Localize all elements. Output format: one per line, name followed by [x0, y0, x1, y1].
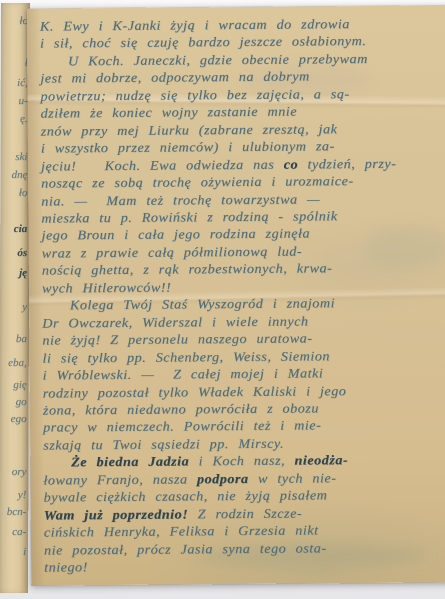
word-run: rodziny pozostał tylko Władek Kaliski i … — [43, 383, 347, 400]
letter-text: K. Ewy i K-Janki żyją i wracam do zdrowi… — [40, 14, 445, 583]
emphasized-word: nieodża- — [294, 453, 348, 468]
word-run: li się tylko pp. Schenberg, Weiss, Siemi… — [42, 348, 330, 365]
word-run: wraz z prawie całą półmilionową lud- — [42, 243, 303, 260]
word-run: wych Hitlerowców!! — [42, 279, 171, 295]
word-run: tniego! — [44, 559, 88, 574]
fragment-word: ski — [15, 151, 27, 163]
letter-line: jęciu! Koch. Ewa odwiedza nas co tydzień… — [41, 154, 445, 175]
fragment-word: bcn- — [7, 506, 27, 518]
word-run: Dr Owczarek, Widerszal i wiele innych — [42, 313, 308, 330]
word-run: i Koch nasz, — [189, 453, 294, 469]
fragment-word: ory — [12, 466, 27, 478]
word-run: mieszka tu p. Rowiński z rodziną - spóln… — [41, 208, 337, 225]
fragment-word: ego — [11, 413, 27, 425]
word-run: K. Ewy i K-Janki żyją i wracam do zdrowi… — [40, 16, 350, 33]
fragment-word: y — [22, 301, 27, 313]
word-run: żona, która niedawno powróciła z obozu — [43, 400, 319, 417]
word-run: pracy w niemczech. Powrócili też i mie- — [43, 418, 321, 435]
word-run: znów przy mej Liurku (zabrane zresztą, j… — [41, 121, 338, 138]
fragment-word: ić, — [17, 77, 28, 89]
word-run: nosząc ze sobą trochę ożywienia i urozma… — [41, 173, 354, 190]
fragment-word: ję — [19, 267, 27, 279]
word-run: jego Broun i cała jego rodzina zginęła — [41, 226, 310, 243]
fragment-word: gię — [13, 379, 26, 391]
letter-line: tniego! — [44, 555, 445, 576]
fragment-word: ós — [17, 247, 27, 259]
word-run: nie pozostał, prócz Jasia syna tego osta… — [44, 540, 327, 557]
fragment-word: u- — [18, 95, 27, 107]
word-run: jest mi dobrze, odpoczywam na dobrym — [40, 69, 310, 86]
fragment-word: eba, — [8, 357, 27, 369]
scanned-letter-background: łołić,u-ę.skidnęłociaósjęybaeba,gięgoego… — [0, 0, 445, 599]
word-run: cińskich Henryka, Feliksa i Grzesia nikt — [44, 523, 319, 540]
word-run: U Koch. Janeczki, gdzie obecnie przebywa… — [68, 51, 368, 68]
word-run: bywale ciężkich czasach, nie żyją pisałe… — [44, 488, 328, 505]
word-run: nością ghetta, z rąk rozbestwionych, krw… — [42, 261, 333, 278]
word-run: i wszystko przez niemców) i ulubionym za… — [41, 138, 335, 155]
word-run: Kolega Twój Staś Wyszogród i znajomi — [70, 296, 335, 313]
fragment-word: y! — [18, 489, 27, 501]
word-run: i sił, choć się czuję bardzo jeszcze osł… — [40, 33, 366, 51]
word-run: dziłem że koniec wojny zastanie mnie — [41, 104, 298, 121]
word-run: w tych nie- — [248, 470, 336, 486]
emphasized-word: co — [284, 156, 299, 171]
word-run: Z rodzin Szcze- — [188, 505, 302, 521]
word-run: i Wróblewski. — Z całej mojej i Matki — [43, 365, 324, 382]
word-run: powietrzu; nudzę się tylko bez zajęcia, … — [40, 86, 349, 103]
fragment-word: ę. — [20, 113, 28, 125]
fragment-word: ca- — [12, 526, 26, 538]
word-run: tydzień, przy- — [298, 155, 396, 171]
emphasized-word: Wam już poprzednio! — [44, 506, 189, 522]
fragment-word: dnę — [12, 169, 28, 181]
word-run: łowany Franjo, nasza — [43, 471, 197, 487]
fragment-word: ba — [16, 333, 27, 345]
letter-page: K. Ewy i K-Janki żyją i wracam do zdrowi… — [27, 5, 445, 585]
word-run: nia. — Mam też trochę towarzystwa — — [41, 191, 320, 208]
fragment-word: go — [16, 396, 27, 408]
emphasized-word: Że biedna Jadzia — [71, 454, 189, 470]
word-run: nie żyją! Z personelu naszego uratowa- — [42, 331, 312, 348]
left-page-edge: łołić,u-ę.skidnęłociaósjęybaeba,gięgoego… — [0, 3, 30, 593]
fragment-word: ło — [19, 187, 28, 199]
word-run: szkają tu Twoi sąsiedzi pp. Mirscy. — [43, 436, 284, 453]
word-run: jęciu! Koch. Ewa odwiedza nas — [41, 156, 284, 173]
fragment-word: cia — [14, 223, 27, 235]
fragment-word: i — [23, 546, 26, 558]
emphasized-word: podpora — [197, 471, 249, 486]
